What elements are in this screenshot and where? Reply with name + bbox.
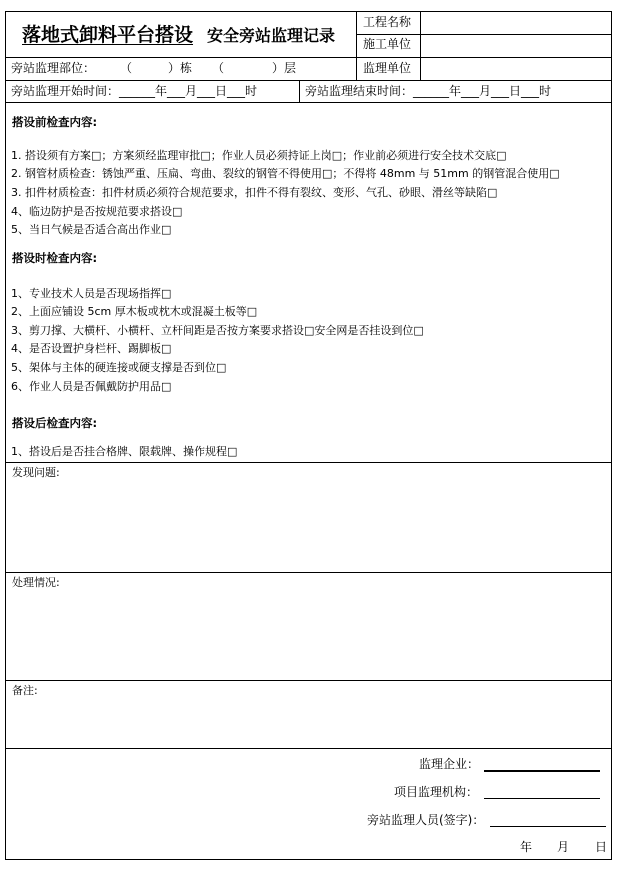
divider [5, 102, 612, 103]
location-building[interactable]: （ ）栋 [120, 62, 192, 74]
start-time[interactable]: 旁站监理开始时间：______年___月___日___时 [11, 85, 257, 97]
company-label: 监理企业： [419, 758, 479, 770]
check-item[interactable]: 5、架体与主体的硬连接或硬支撑是否到位□ [11, 362, 226, 373]
check-item[interactable]: 4、临边防护是否按规范要求搭设□ [11, 206, 182, 217]
check-item[interactable]: 1、搭设后是否挂合格牌、限载牌、操作规程□ [11, 446, 237, 457]
end-time[interactable]: 旁站监理结束时间：______年___月___日___时 [305, 85, 551, 97]
check-item[interactable]: 2. 钢管材质检查：锈蚀严重、压扁、弯曲、裂纹的钢管不得使用□；不得将 48mm… [11, 168, 560, 179]
date-day[interactable]: 日 [595, 841, 607, 853]
location-floor[interactable]: （ ）层 [212, 62, 296, 74]
divider [420, 11, 421, 80]
date-month[interactable]: 月 [557, 841, 569, 853]
divider [356, 11, 357, 80]
handling-label: 处理情况: [12, 577, 60, 588]
divider [5, 57, 612, 58]
project-name-value[interactable] [426, 16, 606, 30]
location-label: 旁站监理部位： [11, 62, 95, 74]
date-year[interactable]: 年 [520, 841, 532, 853]
divider [5, 572, 612, 573]
check-item[interactable]: 2、上面应铺设 5cm 厚木板或枕木或混凝土板等□ [11, 306, 257, 317]
person-label: 旁站监理人员(签字)： [367, 814, 484, 826]
check-item[interactable]: 6、作业人员是否佩戴防护用品□ [11, 381, 171, 392]
org-signature-line[interactable] [484, 798, 600, 799]
form-subtitle: 安全旁站监理记录 [207, 28, 335, 44]
check-item[interactable]: 5、当日气候是否适合高出作业□ [11, 224, 171, 235]
handling-field[interactable] [6, 590, 611, 678]
problems-label: 发现问题: [12, 467, 60, 478]
divider [5, 462, 612, 463]
divider [5, 680, 612, 681]
section-heading-during: 搭设时检查内容: [12, 253, 97, 265]
org-label: 项目监理机构： [394, 786, 478, 798]
supervisor-unit-value[interactable] [426, 62, 606, 76]
section-heading-after: 搭设后检查内容: [12, 418, 97, 430]
form-title: 落地式卸料平台搭设 [22, 26, 193, 45]
divider [356, 34, 612, 35]
contractor-value[interactable] [426, 38, 606, 52]
check-item[interactable]: 3、剪刀撑、大横杆、小横杆、立杆间距是否按方案要求搭设□安全网是否挂设到位□ [11, 325, 424, 336]
remarks-field[interactable] [6, 698, 611, 746]
divider [299, 80, 300, 102]
divider [5, 748, 612, 749]
section-heading-before: 搭设前检查内容: [12, 117, 97, 129]
company-signature-line[interactable] [484, 770, 600, 772]
check-item[interactable]: 1. 搭设须有方案□；方案须经监理审批□；作业人员必须持证上岗□；作业前必须进行… [11, 150, 507, 161]
person-signature-line[interactable] [490, 826, 606, 827]
problems-field[interactable] [6, 480, 611, 570]
supervisor-unit-label: 监理单位 [363, 62, 411, 74]
check-item[interactable]: 1、专业技术人员是否现场指挥□ [11, 288, 171, 299]
check-item[interactable]: 3. 扣件材质检查：扣件材质必须符合规范要求，扣件不得有裂纹、变形、气孔、砂眼、… [11, 187, 497, 198]
contractor-label: 施工单位 [363, 38, 411, 50]
remarks-label: 备注: [12, 685, 38, 696]
check-item[interactable]: 4、是否设置护身栏杆、踢脚板□ [11, 343, 171, 354]
project-name-label: 工程名称 [363, 16, 411, 28]
divider [5, 80, 612, 81]
